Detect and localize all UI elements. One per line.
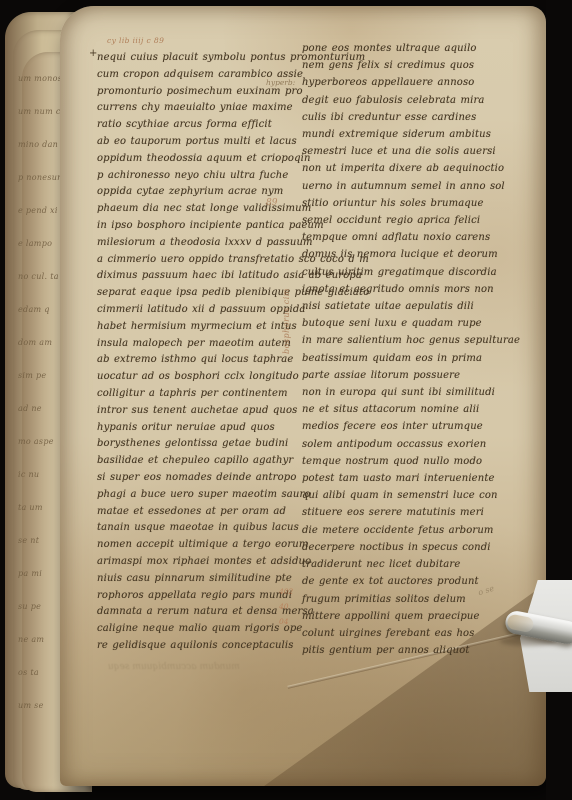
- faint-red-number: 04: [279, 614, 293, 629]
- manuscript-line: pitis gentium per annos aliquot: [302, 642, 494, 659]
- manuscript-line: tempque omni adflatu noxio carens: [302, 229, 494, 246]
- manuscript-line: de gente ex tot auctores produnt: [302, 573, 494, 590]
- manuscript-line: diximus passuum haec ibi latitudo asia a…: [97, 268, 309, 285]
- manuscript-line: cultus uiritim gregatimque discordia: [302, 264, 494, 281]
- manuscript-line: hyperboreos appellauere annoso: [302, 74, 494, 91]
- manuscript-line: qui alibi quam in semenstri luce con: [302, 487, 494, 504]
- manuscript-line: mundi extremique siderum ambitus: [302, 126, 494, 143]
- manuscript-line: temque nostrum quod nullo modo: [302, 453, 494, 470]
- manuscript-line: damnata a rerum natura et densa mersa: [97, 604, 309, 621]
- manuscript-line: oppidum theodossia aquum et criopoqin: [97, 151, 309, 168]
- manuscript-line: in mare salientium hoc genus sepulturae: [302, 332, 494, 349]
- manuscript-line: stituere eos serere matutinis meri: [302, 504, 494, 521]
- manuscript-line: colunt uirgines ferebant eas hos: [302, 625, 494, 642]
- manuscript-line: nomen accepit ultimique a tergo eorum: [97, 537, 309, 554]
- manuscript-photo: um monosum num culmino danp nonesume pen…: [0, 0, 572, 800]
- manuscript-line: domus iis nemora lucique et deorum: [302, 246, 494, 263]
- snake-tip-reflection: [506, 613, 534, 633]
- manuscript-line: nem gens felix si credimus quos: [302, 57, 494, 74]
- vertical-marginal-gloss: bosphorus cim: [282, 254, 291, 354]
- manuscript-line: nisi satietate uitae aepulatis dili: [302, 298, 494, 315]
- manuscript-line: non in europa qui sunt ibi similitudi: [302, 384, 494, 401]
- manuscript-line: separat eaque ipsa pedib plenibique pume…: [97, 285, 309, 302]
- manuscript-line: semestri luce et una die solis auersi: [302, 143, 494, 160]
- manuscript-line: arimaspi mox riphaei montes et adsiduo: [97, 554, 309, 571]
- manuscript-line: medios fecere eos inter utrumque: [302, 418, 494, 435]
- manuscript-line: phagi a buce uero super maeotim sauro: [97, 487, 309, 504]
- faint-red-number: 402: [279, 584, 293, 599]
- manuscript-line: in ipso bosphoro incipiente pantica paeu…: [97, 218, 309, 235]
- faint-red-number: 40: [279, 599, 293, 614]
- manuscript-line: colligitur a taphris per continentem: [97, 386, 309, 403]
- text-column-left: nequi cuius placuit symbolu pontus promo…: [97, 50, 309, 655]
- manuscript-line: nequi cuius placuit symbolu pontus promo…: [97, 50, 309, 67]
- manuscript-line: cimmerii latitudo xii d passuum oppida: [97, 302, 309, 319]
- manuscript-line: parte assiae litorum possuere: [302, 367, 494, 384]
- manuscript-line: milesiorum a theodosia lxxxv d passuum: [97, 235, 309, 252]
- manuscript-line: p achironesso neyo chiu ultra fuche: [97, 168, 309, 185]
- manuscript-line: degit euo fabulosis celebrata mira: [302, 92, 494, 109]
- manuscript-line: insula malopech per maeotim autem: [97, 336, 309, 353]
- manuscript-line: ignota et aegritudo omnis mors non: [302, 281, 494, 298]
- ink-showthrough-line: mundum accumbiquum sequ: [108, 662, 240, 672]
- manuscript-line: hypanis oritur neruiae apud quos: [97, 420, 309, 437]
- manuscript-line: basilidae et chepuleo capillo agathyr: [97, 453, 309, 470]
- manuscript-line: die metere occidente fetus arborum: [302, 522, 494, 539]
- manuscript-line: niuis casu pinnarum similitudine pte: [97, 571, 309, 588]
- manuscript-line: tradiderunt nec licet dubitare: [302, 556, 494, 573]
- manuscript-line: tanain usque maeotae in quibus lacus: [97, 520, 309, 537]
- gutter-gloss: hyperb:: [266, 78, 295, 87]
- manuscript-line: ab eo tauporum portus multi et lacus: [97, 134, 309, 151]
- text-column-right: pone eos montes ultraque aquilonem gens …: [302, 40, 494, 659]
- manuscript-line: culis ibi creduntur esse cardines: [302, 109, 494, 126]
- manuscript-line: mittere appollini quem praecipue: [302, 608, 494, 625]
- manuscript-line: non ut imperita dixere ab aequinoctio: [302, 160, 494, 177]
- manuscript-line: semel occidunt regio aprica felici: [302, 212, 494, 229]
- manuscript-line: borysthenes gelontissa getae budini: [97, 436, 309, 453]
- manuscript-line: matae et essedones at per oram ad: [97, 504, 309, 521]
- manuscript-line: ratio scythiae arcus forma efficit: [97, 117, 309, 134]
- manuscript-line: potest tam uasto mari interueniente: [302, 470, 494, 487]
- manuscript-line: rophoros appellata regio pars mundi: [97, 588, 309, 605]
- manuscript-line: a cimmerio uero oppido transfretatio sco…: [97, 252, 309, 269]
- manuscript-line: uocatur ad os bosphori cclx longitudo: [97, 369, 309, 386]
- manuscript-line: re gelidisque aquilonis conceptaculis: [97, 638, 309, 655]
- rubric-heading-note: cy lib iiij c 89: [107, 36, 164, 45]
- manuscript-line: decerpere noctibus in specus condi: [302, 539, 494, 556]
- manuscript-line: butoque seni luxu e quadam rupe: [302, 315, 494, 332]
- manuscript-line: currens chy maeuialto yniae maxime: [97, 100, 309, 117]
- manuscript-line: si super eos nomades deinde antropo: [97, 470, 309, 487]
- gutter-section-number: 89: [266, 198, 277, 208]
- manuscript-line: ne et situs attacorum nomine alii: [302, 401, 494, 418]
- manuscript-page: cy lib iiij c 89 + nequi cuius placuit s…: [60, 6, 546, 786]
- manuscript-line: habet hermisium myrmecium et intus: [97, 319, 309, 336]
- manuscript-line: solem antipodum occassus exorien: [302, 436, 494, 453]
- manuscript-line: beatissimum quidam eos in prima: [302, 350, 494, 367]
- manuscript-line: uerno in autumnum semel in anno sol: [302, 178, 494, 195]
- manuscript-line: ab extremo isthmo qui locus taphrae: [97, 352, 309, 369]
- manuscript-line: caligine neque malio quam rigoris ope: [97, 621, 309, 638]
- manuscript-line: intror sus tenent auchetae apud quos: [97, 403, 309, 420]
- manuscript-line: pone eos montes ultraque aquilo: [302, 40, 494, 57]
- manuscript-line: frugum primitias solitos delum: [302, 591, 494, 608]
- manuscript-line: stitio oriuntur his soles brumaque: [302, 195, 494, 212]
- faint-red-numbers: 4024004: [279, 584, 293, 629]
